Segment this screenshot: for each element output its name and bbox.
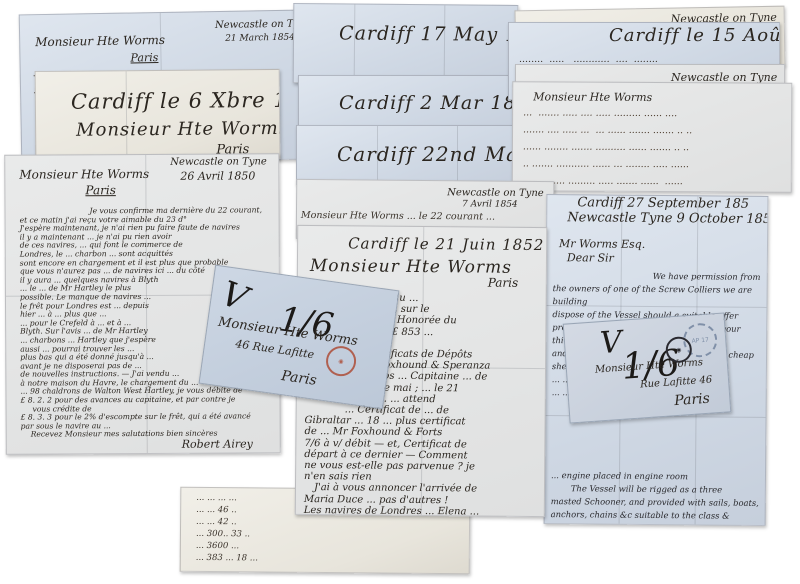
letter-heading: Cardiff le 21 Juin 1852 bbox=[348, 234, 544, 254]
letter-greeting: Dear Sir bbox=[567, 251, 614, 264]
letter-heading-2: Newcastle Tyne 9 October 1854 bbox=[567, 210, 768, 227]
letter-cardiff-may: Cardiff 17 May 18 bbox=[293, 3, 519, 85]
envelope-right: V 1/6 Monsieur Hte Worms Rue Lafitte 46 … bbox=[563, 312, 732, 423]
envelope-left: V 1/6 Monsieur Hte Worms 46 Rue Lafitte … bbox=[199, 265, 400, 410]
postmark-icon: ◉ bbox=[324, 344, 358, 378]
tick-mark: V bbox=[599, 325, 623, 361]
letter-heading: Cardiff le 15 Août 1854 bbox=[609, 25, 780, 46]
letter-salutation: Monsieur Hte Worms bbox=[35, 33, 165, 49]
accounts-lines: ... ... ... ... ... ... 46 .. ... ... 42… bbox=[196, 492, 259, 565]
letter-heading: Cardiff 2 Mar 18 bbox=[339, 92, 513, 114]
letter-place: Newcastle on Tyne bbox=[170, 156, 267, 168]
letter-addressee: Monsieur Hte Worms bbox=[76, 118, 280, 141]
envelope-city: Paris bbox=[674, 391, 711, 409]
letter-heading: Cardiff 27 September 185 bbox=[577, 195, 749, 211]
letter-cardiff-xbre: Cardiff le 6 Xbre 1852 Monsieur Hte Worm… bbox=[35, 69, 281, 161]
letter-place: Newcastle on Tyne bbox=[447, 187, 544, 199]
letter-salutation: Monsieur Hte Worms bbox=[310, 256, 512, 278]
letter-salutation: Mr Worms Esq. bbox=[559, 237, 645, 251]
letter-first-line: Monsieur Hte Worms ... le 22 courant ... bbox=[301, 208, 495, 226]
envelope-city: Paris bbox=[280, 368, 317, 389]
letter-date: 26 Avril 1850 bbox=[180, 169, 255, 182]
letter-newcastle-body: Monsieur Hte Worms ... ....... ..... ...… bbox=[512, 81, 793, 192]
letter-salutation: Monsieur Hte Worms bbox=[19, 167, 149, 182]
letter-city: Paris bbox=[488, 276, 519, 290]
letter-date: 21 March 1854 bbox=[225, 33, 295, 44]
letter-date: 7 Avril 1854 bbox=[462, 199, 518, 209]
tick-mark: V bbox=[216, 274, 253, 320]
letter-heading: Cardiff 22nd March 1851 bbox=[337, 142, 514, 166]
letter-cardiff-march: Cardiff 22nd March 1851 bbox=[296, 125, 514, 185]
letter-heading: Cardiff 17 May 18 bbox=[339, 22, 518, 46]
letter-signature: Robert Airey bbox=[182, 437, 253, 450]
letter-salutation: Monsieur Hte Worms bbox=[533, 90, 652, 104]
letter-heading: Cardiff le 6 Xbre 1852 bbox=[71, 87, 281, 113]
letter-city: Paris bbox=[85, 183, 115, 197]
letter-place: Newcastle on Tyne bbox=[215, 18, 301, 31]
